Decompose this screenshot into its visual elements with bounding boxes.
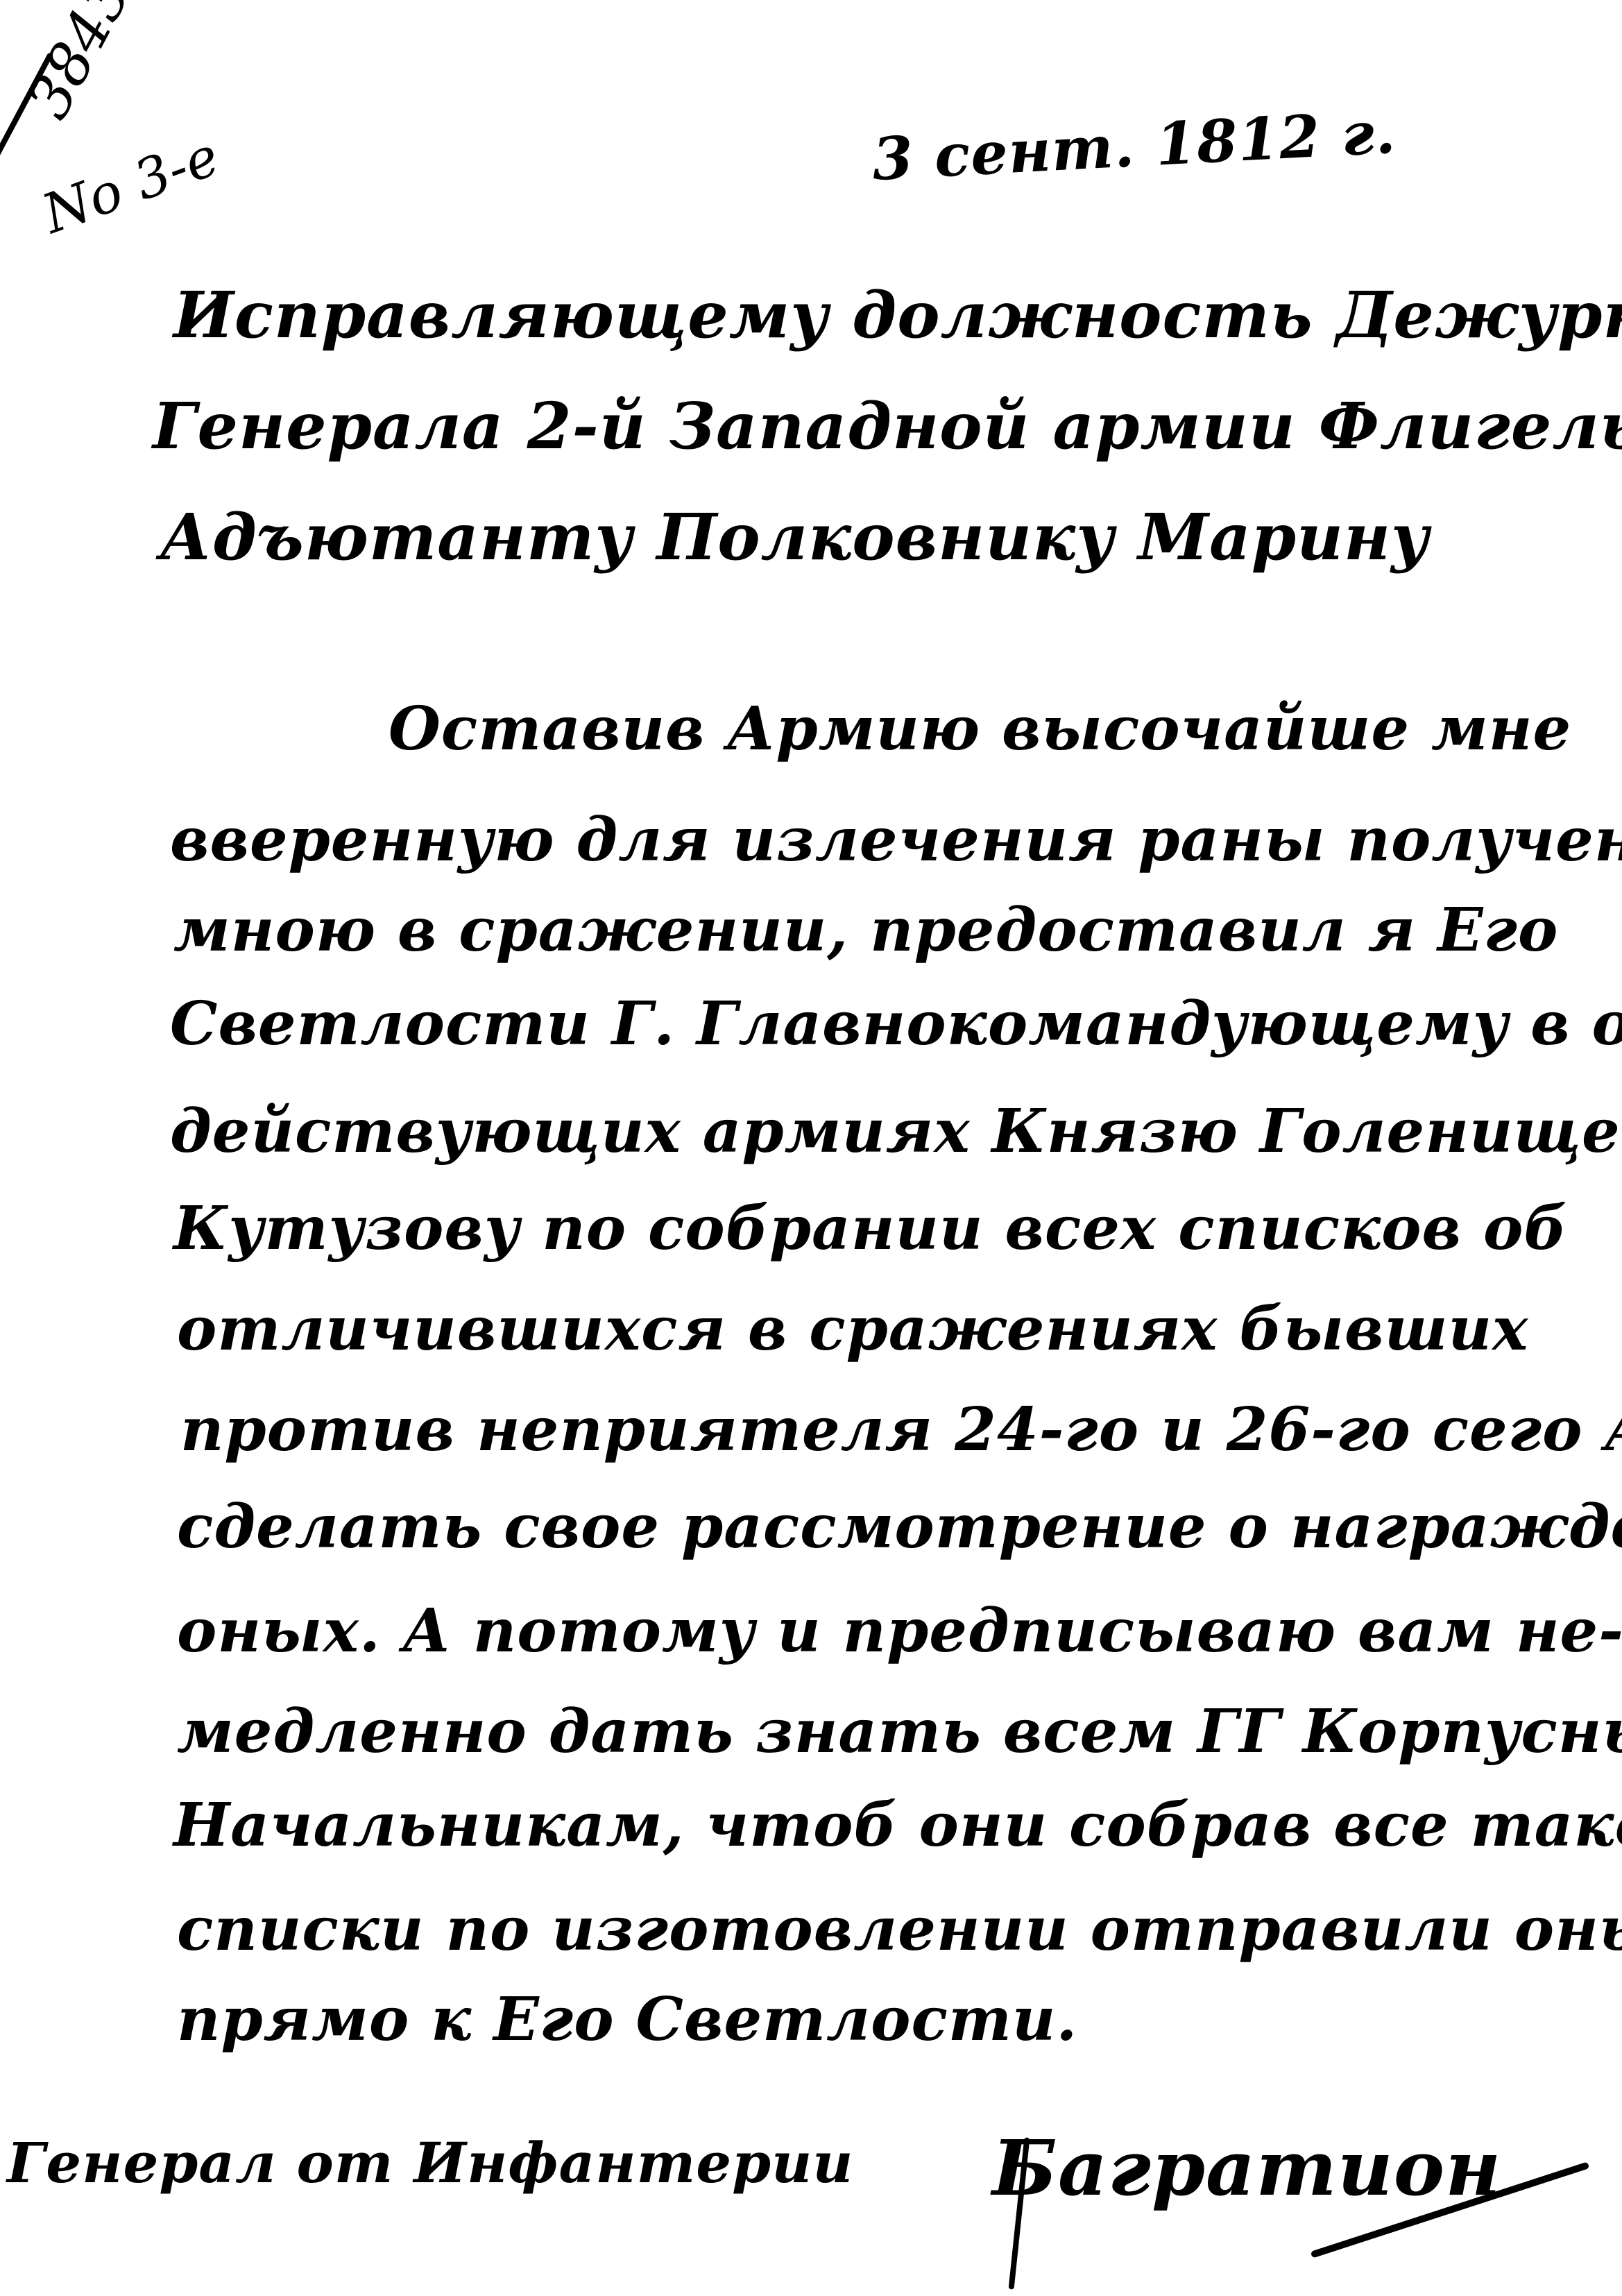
address-line: Адъютанту Полковнику Марину — [160, 500, 1430, 575]
archive-mark: 3843 No 3-е — [7, 14, 271, 243]
address-line: Генерала 2-й Западной армии Флигель- — [153, 389, 1622, 464]
body-line: медленно дать знать всем ГГ Корпусным — [177, 1697, 1622, 1767]
body-line: списки по изготовлении отправили оные — [177, 1894, 1622, 1964]
body-line: мною в сражении, предоставил я Его — [173, 895, 1558, 965]
body-line: прямо к Его Светлости. — [177, 1984, 1077, 2055]
letter-date: 3 сент. 1812 г. — [871, 98, 1398, 194]
body-line: Оставив Армию высочайше мне — [389, 694, 1571, 764]
signature-rank: Генерал от Инфантерии — [7, 2130, 853, 2195]
body-line: действующих армиях Князю Голенищеву — [170, 1096, 1622, 1166]
body-line: Начальникам, чтоб они собрав все таковые — [173, 1790, 1622, 1860]
signature-name: Багратион — [992, 2123, 1501, 2213]
body-line: против неприятеля 24-го и 26-го сего Авг… — [180, 1395, 1622, 1465]
body-line: вверенную для излечения раны полученной — [170, 805, 1622, 875]
archive-number: 3843 — [14, 0, 144, 129]
body-line: Светлости Г. Главнокомандующему в обеих — [170, 989, 1622, 1059]
body-line: сделать свое рассмотрение о награждении — [177, 1492, 1622, 1562]
body-line: Кутузову по собрании всех списков об — [173, 1193, 1567, 1264]
archive-item-number: No 3-е — [35, 125, 227, 246]
address-line: Исправляющему должность Дежурного — [173, 278, 1622, 352]
body-line: оных. А потому и предписываю вам не- — [177, 1596, 1622, 1666]
body-line: отличившихся в сражениях бывших — [177, 1294, 1528, 1364]
letter-page: 3843 No 3-е 3 сент. 1812 г. Исправляющем… — [0, 0, 1622, 2296]
